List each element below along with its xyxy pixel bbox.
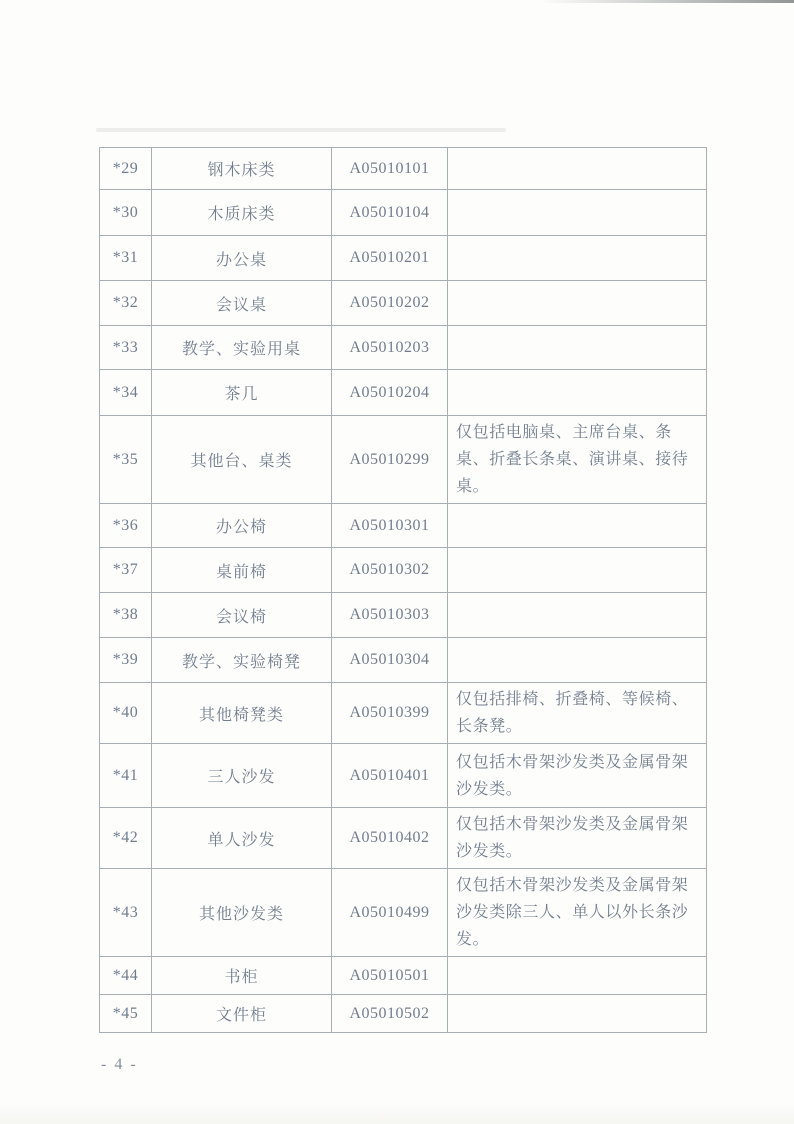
category-code-cell: A05010502 bbox=[332, 995, 448, 1033]
row-number-cell: *45 bbox=[100, 995, 152, 1033]
category-code-cell: A05010303 bbox=[332, 593, 448, 638]
category-name-cell: 其他椅凳类 bbox=[152, 683, 332, 744]
category-code-cell: A05010202 bbox=[332, 281, 448, 326]
note-cell bbox=[448, 593, 707, 638]
row-number-cell: *44 bbox=[100, 957, 152, 995]
scan-artifact-bottom-shading bbox=[0, 1102, 794, 1124]
category-code-cell: A05010302 bbox=[332, 548, 448, 593]
note-cell bbox=[448, 504, 707, 548]
table-row: *42 单人沙发 A05010402 仅包括木骨架沙发类及金属骨架沙发类。 bbox=[100, 808, 707, 869]
page-number: - 4 - bbox=[101, 1056, 138, 1074]
row-number-cell: *35 bbox=[100, 416, 152, 504]
category-code-cell: A05010204 bbox=[332, 370, 448, 416]
category-name-cell: 会议桌 bbox=[152, 281, 332, 326]
note-cell bbox=[448, 281, 707, 326]
row-number-cell: *43 bbox=[100, 869, 152, 957]
row-number-cell: *36 bbox=[100, 504, 152, 548]
category-code-cell: A05010499 bbox=[332, 869, 448, 957]
row-number-cell: *33 bbox=[100, 326, 152, 370]
classification-table-body: *29 钢木床类 A05010101 *30 木质床类 A05010104 *3… bbox=[100, 148, 707, 1033]
category-name-cell: 教学、实验用桌 bbox=[152, 326, 332, 370]
category-code-cell: A05010401 bbox=[332, 744, 448, 808]
row-number-cell: *41 bbox=[100, 744, 152, 808]
category-name-cell: 办公椅 bbox=[152, 504, 332, 548]
note-cell bbox=[448, 548, 707, 593]
note-cell bbox=[448, 370, 707, 416]
category-code-cell: A05010299 bbox=[332, 416, 448, 504]
row-number-cell: *39 bbox=[100, 638, 152, 683]
table-row: *43 其他沙发类 A05010499 仅包括木骨架沙发类及金属骨架沙发类除三人… bbox=[100, 869, 707, 957]
table-row: *29 钢木床类 A05010101 bbox=[100, 148, 707, 190]
table-row: *41 三人沙发 A05010401 仅包括木骨架沙发类及金属骨架沙发类。 bbox=[100, 744, 707, 808]
note-cell: 仅包括木骨架沙发类及金属骨架沙发类。 bbox=[448, 808, 707, 869]
category-name-cell: 会议椅 bbox=[152, 593, 332, 638]
table-row: *38 会议椅 A05010303 bbox=[100, 593, 707, 638]
category-code-cell: A05010101 bbox=[332, 148, 448, 190]
note-cell bbox=[448, 957, 707, 995]
category-name-cell: 其他沙发类 bbox=[152, 869, 332, 957]
note-cell: 仅包括木骨架沙发类及金属骨架沙发类除三人、单人以外长条沙发。 bbox=[448, 869, 707, 957]
category-code-cell: A05010201 bbox=[332, 236, 448, 281]
category-name-cell: 文件柜 bbox=[152, 995, 332, 1033]
row-number-cell: *42 bbox=[100, 808, 152, 869]
category-code-cell: A05010301 bbox=[332, 504, 448, 548]
category-name-cell: 三人沙发 bbox=[152, 744, 332, 808]
scanned-document-page: *29 钢木床类 A05010101 *30 木质床类 A05010104 *3… bbox=[0, 0, 794, 1124]
table-row: *33 教学、实验用桌 A05010203 bbox=[100, 326, 707, 370]
classification-table: *29 钢木床类 A05010101 *30 木质床类 A05010104 *3… bbox=[99, 147, 707, 1033]
table-row: *34 茶几 A05010204 bbox=[100, 370, 707, 416]
row-number-cell: *30 bbox=[100, 190, 152, 236]
row-number-cell: *37 bbox=[100, 548, 152, 593]
table-row: *32 会议桌 A05010202 bbox=[100, 281, 707, 326]
category-name-cell: 钢木床类 bbox=[152, 148, 332, 190]
row-number-cell: *32 bbox=[100, 281, 152, 326]
category-code-cell: A05010501 bbox=[332, 957, 448, 995]
category-name-cell: 书柜 bbox=[152, 957, 332, 995]
table-row: *39 教学、实验椅凳 A05010304 bbox=[100, 638, 707, 683]
category-name-cell: 其他台、桌类 bbox=[152, 416, 332, 504]
row-number-cell: *31 bbox=[100, 236, 152, 281]
table-row: *37 桌前椅 A05010302 bbox=[100, 548, 707, 593]
row-number-cell: *29 bbox=[100, 148, 152, 190]
note-cell bbox=[448, 236, 707, 281]
row-number-cell: *38 bbox=[100, 593, 152, 638]
category-code-cell: A05010203 bbox=[332, 326, 448, 370]
scan-artifact-streak bbox=[96, 128, 506, 132]
table-row: *45 文件柜 A05010502 bbox=[100, 995, 707, 1033]
note-cell bbox=[448, 190, 707, 236]
category-name-cell: 茶几 bbox=[152, 370, 332, 416]
category-name-cell: 单人沙发 bbox=[152, 808, 332, 869]
table-row: *31 办公桌 A05010201 bbox=[100, 236, 707, 281]
table-row: *40 其他椅凳类 A05010399 仅包括排椅、折叠椅、等候椅、长条凳。 bbox=[100, 683, 707, 744]
note-cell: 仅包括排椅、折叠椅、等候椅、长条凳。 bbox=[448, 683, 707, 744]
category-code-cell: A05010304 bbox=[332, 638, 448, 683]
table-row: *35 其他台、桌类 A05010299 仅包括电脑桌、主席台桌、条桌、折叠长条… bbox=[100, 416, 707, 504]
scan-artifact-top-edge bbox=[540, 0, 794, 3]
category-code-cell: A05010104 bbox=[332, 190, 448, 236]
note-cell: 仅包括木骨架沙发类及金属骨架沙发类。 bbox=[448, 744, 707, 808]
row-number-cell: *34 bbox=[100, 370, 152, 416]
note-cell bbox=[448, 638, 707, 683]
note-cell: 仅包括电脑桌、主席台桌、条桌、折叠长条桌、演讲桌、接待桌。 bbox=[448, 416, 707, 504]
category-name-cell: 办公桌 bbox=[152, 236, 332, 281]
table-row: *44 书柜 A05010501 bbox=[100, 957, 707, 995]
note-cell bbox=[448, 326, 707, 370]
table-row: *30 木质床类 A05010104 bbox=[100, 190, 707, 236]
category-code-cell: A05010402 bbox=[332, 808, 448, 869]
category-code-cell: A05010399 bbox=[332, 683, 448, 744]
table-row: *36 办公椅 A05010301 bbox=[100, 504, 707, 548]
category-name-cell: 木质床类 bbox=[152, 190, 332, 236]
category-name-cell: 桌前椅 bbox=[152, 548, 332, 593]
note-cell bbox=[448, 148, 707, 190]
category-name-cell: 教学、实验椅凳 bbox=[152, 638, 332, 683]
row-number-cell: *40 bbox=[100, 683, 152, 744]
note-cell bbox=[448, 995, 707, 1033]
